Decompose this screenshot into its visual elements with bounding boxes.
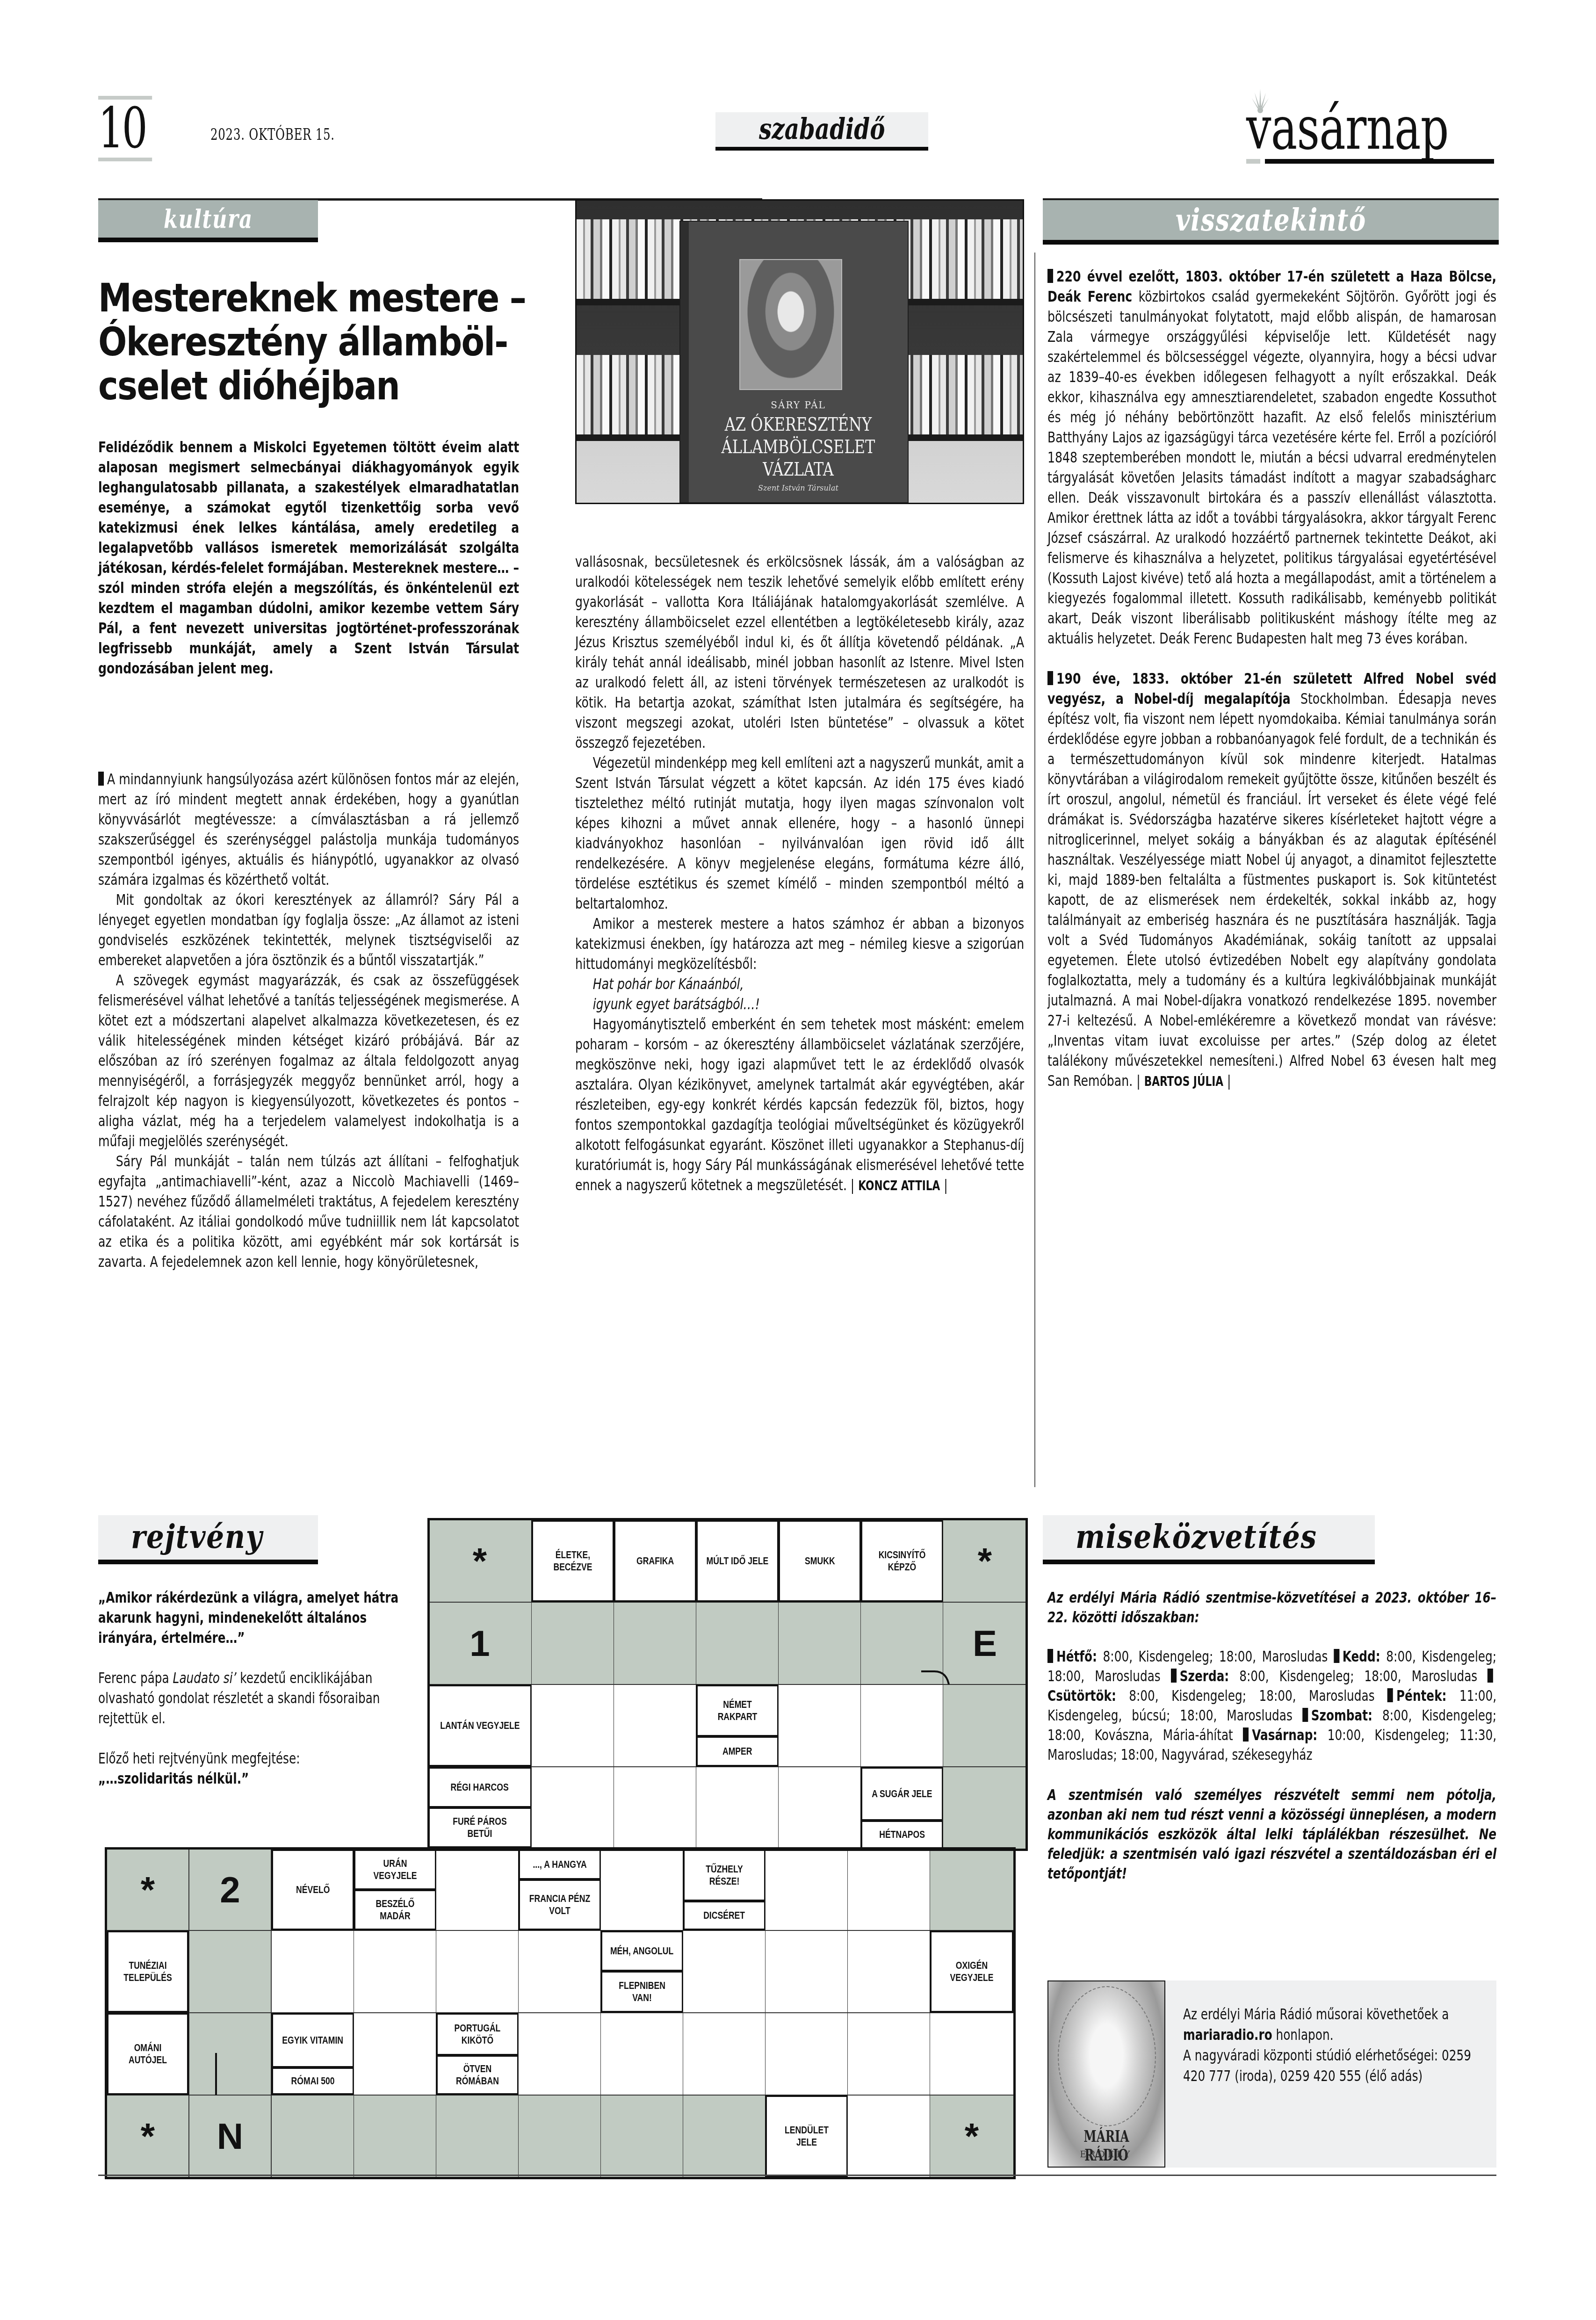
- page-bottom-rule: [98, 2175, 1496, 2176]
- headline-line: cselet dióhéjban: [98, 364, 480, 408]
- row-number-cell: 1: [427, 1602, 532, 1684]
- answer-cell[interactable]: [354, 2095, 437, 2177]
- mass-schedule-list: Hétfő: 8:00, Kisdengeleg; 18:00, Maroslu…: [1047, 1647, 1496, 1764]
- clue-cell: KICSINYÍTŐ KÉPZŐ: [860, 1520, 944, 1602]
- section-label-culture: kultúra: [98, 200, 318, 242]
- answer-cell[interactable]: [943, 1767, 1027, 1849]
- answer-cell[interactable]: [683, 2095, 766, 2177]
- answer-cell[interactable]: [943, 1684, 1027, 1767]
- answer-cell[interactable]: [930, 2013, 1014, 2095]
- clue-text: DICSÉRET: [704, 1909, 745, 1922]
- answer-cell[interactable]: [354, 1930, 437, 2013]
- body-paragraph: Amikor a mesterek mestere a hatos számho…: [575, 914, 1024, 974]
- clue-cell: TUNÉZIAI TELEPÜLÉS: [107, 1930, 189, 2013]
- answer-cell[interactable]: [600, 2013, 684, 2095]
- star-marker: *: [978, 1540, 992, 1583]
- row-number-cell: N: [189, 2095, 271, 2177]
- clue-text: NÉVELŐ: [296, 1884, 330, 1896]
- retro-column: 220 évvel ezelőtt, 1803. október 17-én s…: [1047, 267, 1496, 1091]
- headline-line: Mestereknek mestere –: [98, 276, 480, 320]
- clue-text: AMPER: [722, 1745, 752, 1757]
- schedule-day: Vasárnap:: [1252, 1726, 1317, 1744]
- answer-cell[interactable]: [600, 1849, 684, 1930]
- radio-info-box: MÁRIA RÁDIÓ ERDÉLY Az erdélyi Mária Rádi…: [1047, 1980, 1496, 2168]
- answer-cell[interactable]: [683, 1930, 766, 2013]
- clue-cell: RÉGI HARCOS: [427, 1767, 532, 1808]
- maria-radio-logo: MÁRIA RÁDIÓ ERDÉLY: [1047, 1980, 1165, 2168]
- radio-info-text: honlapon.: [1272, 2026, 1334, 2044]
- answer-cell[interactable]: [189, 1930, 271, 2013]
- schedule-day: Szombat:: [1311, 1706, 1372, 1724]
- book-photo: SÁRY PÁL AZ ÓKERESZTÉNY ÁLLAMBÖLCSELET V…: [575, 199, 1024, 504]
- star-marker: *: [141, 2115, 155, 2158]
- mosaic-icon: [739, 259, 842, 390]
- page-number: 10: [98, 96, 152, 161]
- answer-cell[interactable]: [778, 1767, 861, 1849]
- answer-cell[interactable]: [600, 2095, 684, 2177]
- answer-cell[interactable]: [614, 1684, 697, 1767]
- book-title: AZ ÓKERESZTÉNY ÁLLAMBÖLCSELET VÁZLATA: [689, 413, 908, 481]
- poem-line: igyunk egyet barátságból…!: [575, 994, 1024, 1014]
- answer-cell[interactable]: [436, 1849, 519, 1930]
- answer-cell[interactable]: [765, 2013, 848, 2095]
- body-paragraph: Végezetül mindenképp meg kell említeni a…: [575, 753, 1024, 914]
- paragraph-bullet-icon: [1047, 671, 1053, 685]
- section-label-text: miseközvetítés: [1076, 1515, 1317, 1558]
- clue-cell: LANTÁN VEGYJELE: [427, 1684, 532, 1767]
- paragraph-bullet-icon: [1488, 1669, 1493, 1683]
- answer-cell[interactable]: [778, 1684, 861, 1767]
- star-marker: *: [141, 1869, 155, 1911]
- mass-schedule: Az erdélyi Mária Rádió szentmise-közvetí…: [1047, 1588, 1496, 1883]
- book-title-line: ÁLLAMBÖLCSELET: [711, 436, 886, 458]
- answer-cell[interactable]: [531, 1602, 614, 1684]
- clue-cell: TŰZHELY RÉSZE!: [683, 1849, 766, 1901]
- headline-line: Ókeresztény államböl-: [98, 320, 480, 364]
- answer-cell[interactable]: [436, 1930, 519, 2013]
- crossword-star-cell: *: [930, 2095, 1014, 2177]
- body-paragraph: vallásosnak, becsületesnek és erkölcsösn…: [575, 552, 1024, 753]
- paragraph-bullet-icon: [1243, 1727, 1249, 1742]
- section-label-text: kultúra: [163, 200, 253, 238]
- crossword-star-cell: *: [943, 1520, 1027, 1602]
- clue-text: RÓMAI 500: [291, 2075, 335, 2087]
- row-number-cell: 2: [189, 1849, 271, 1930]
- mass-closing: A szentmisén való személyes részvételt s…: [1047, 1785, 1496, 1883]
- radio-info-text: Az erdélyi Mária Rádió műsorai követhető…: [1183, 2005, 1449, 2023]
- radio-contact-info: Az erdélyi Mária Rádió műsorai követhető…: [1183, 2004, 1492, 2086]
- clue-text: PORTUGÁL KIKÖTŐ: [446, 2022, 509, 2046]
- clue-text: URÁN VEGYJELE: [363, 1857, 427, 1882]
- schedule-day: Péntek:: [1396, 1687, 1447, 1705]
- retro-nobel-body: Stockholmban. Édesapja neves építész vol…: [1047, 690, 1496, 1090]
- clue-text: NÉMET RAKPART: [706, 1698, 769, 1723]
- answer-cell[interactable]: [765, 1849, 848, 1930]
- section-tab-label: szabadidő: [759, 112, 885, 146]
- answer-cell[interactable]: [436, 2095, 519, 2177]
- answer-cell[interactable]: [847, 2095, 931, 2177]
- masthead-title: vasárnap: [1246, 98, 1449, 159]
- answer-cell[interactable]: [614, 1767, 697, 1849]
- answer-cell[interactable]: [518, 2095, 601, 2177]
- clue-text: KICSINYÍTŐ KÉPZŐ: [870, 1549, 934, 1573]
- clue-cell: BESZÉLŐ MADÁR: [354, 1889, 437, 1930]
- paragraph-bullet-icon: [1047, 269, 1053, 283]
- book-title-line: AZ ÓKERESZTÉNY: [711, 413, 886, 436]
- schedule-day: Szerda:: [1180, 1667, 1229, 1685]
- clue-text: LANTÁN VEGYJELE: [440, 1720, 520, 1732]
- clue-text: A SUGÁR JELE: [872, 1788, 932, 1800]
- answer-cell[interactable]: [683, 2013, 766, 2095]
- schedule-times: 8:00, Kisdengeleg; 18:00, Marosludas: [1097, 1648, 1334, 1665]
- article-column-2: vallásosnak, becsületesnek és erkölcsösn…: [575, 552, 1024, 1196]
- clue-text: MÚLT IDŐ JELE: [707, 1555, 769, 1567]
- clue-text: OXIGÉN VEGYJELE: [939, 1959, 1004, 1984]
- retro-nobel-paragraph: 190 éve, 1833. október 21-én született A…: [1047, 669, 1496, 1091]
- clue-cell: NÉVELŐ: [271, 1849, 354, 1930]
- answer-cell[interactable]: [765, 1930, 848, 2013]
- paragraph-text: Hagyománytisztelő emberként én sem tehet…: [575, 1015, 1024, 1194]
- clue-cell: RÓMAI 500: [271, 2067, 354, 2095]
- answer-cell[interactable]: [930, 1849, 1014, 1930]
- mass-intro: Az erdélyi Mária Rádió szentmise-közvetí…: [1047, 1588, 1496, 1627]
- section-tab: szabadidő: [715, 112, 928, 151]
- answer-cell[interactable]: [531, 1767, 614, 1849]
- answer-cell[interactable]: [696, 1602, 779, 1684]
- answer-cell[interactable]: [518, 2013, 601, 2095]
- clue-cell: EGYIK VITAMIN: [271, 2013, 354, 2068]
- logo-subtitle: ERDÉLY: [1048, 2150, 1164, 2160]
- column-divider: [1034, 253, 1035, 1487]
- answer-cell[interactable]: [847, 2013, 931, 2095]
- clue-text: SMUKK: [805, 1555, 835, 1567]
- clue-cell: ÖTVEN RÓMÁBAN: [436, 2055, 519, 2095]
- paragraph-text: A mindannyiunk hangsúlyozása azért külön…: [98, 770, 519, 889]
- clue-cell: FRANCIA PÉNZ VOLT: [518, 1879, 601, 1930]
- answer-cell[interactable]: [847, 1849, 931, 1930]
- answer-cell[interactable]: [531, 1684, 614, 1767]
- body-paragraph: A mindannyiunk hangsúlyozása azért külön…: [98, 769, 519, 890]
- answer-cell[interactable]: [518, 1930, 601, 2013]
- schedule-day: Csütörtök:: [1047, 1687, 1116, 1705]
- answer-cell[interactable]: [354, 2013, 437, 2095]
- answer-cell[interactable]: [778, 1602, 861, 1684]
- lead-paragraph: Felidéződik bennem a Miskolci Egyetemen …: [98, 437, 519, 679]
- section-label-retro: visszatekintő: [1043, 200, 1499, 245]
- body-paragraph: Mit gondoltak az ókori keresztények az á…: [98, 890, 519, 970]
- clue-text: GRAFIKA: [636, 1555, 674, 1567]
- clue-text: FRANCIA PÉNZ VOLT: [528, 1893, 592, 1917]
- schedule-times: 8:00, Kisdengeleg; 18:00, Marosludas: [1229, 1667, 1488, 1685]
- poem-line: Hat pohár bor Kánaánból,: [575, 974, 1024, 994]
- star-marker: *: [473, 1540, 487, 1583]
- clue-text: LENDÜLET JELE: [775, 2124, 838, 2148]
- clue-cell: URÁN VEGYJELE: [354, 1849, 437, 1890]
- clue-text: EGYIK VITAMIN: [282, 2034, 344, 2046]
- crossword-star-cell: *: [427, 1520, 532, 1602]
- article-column-1: A mindannyiunk hangsúlyozása azért külön…: [98, 769, 519, 1272]
- clue-text: RÉGI HARCOS: [451, 1781, 509, 1793]
- answer-cell[interactable]: [271, 2095, 354, 2177]
- clue-cell: OMÁNI AUTÓJEL: [107, 2013, 189, 2095]
- clue-cell: FURÉ PÁROS BETŰI: [427, 1807, 532, 1848]
- clue-text: ÖTVEN RÓMÁBAN: [446, 2063, 509, 2087]
- body-paragraph: Hagyománytisztelő emberként én sem tehet…: [575, 1014, 1024, 1196]
- article-lead: Felidéződik bennem a Miskolci Egyetemen …: [98, 437, 519, 679]
- article-headline: Mestereknek mestere – Ókeresztény államb…: [98, 276, 542, 408]
- clue-text: TŰZHELY RÉSZE!: [693, 1863, 756, 1887]
- answer-cell[interactable]: [847, 1930, 931, 2013]
- clue-text: BESZÉLŐ MADÁR: [363, 1898, 427, 1922]
- clue-cell: MÚLT IDŐ JELE: [696, 1520, 779, 1602]
- clue-cell: MÉH, ANGOLUL: [600, 1930, 684, 1972]
- answer-cell[interactable]: [614, 1602, 697, 1684]
- clue-cell: LENDÜLET JELE: [765, 2095, 848, 2177]
- clue-text: TUNÉZIAI TELEPÜLÉS: [116, 1959, 179, 1984]
- radio-website-link[interactable]: mariaradio.ro: [1183, 2026, 1272, 2044]
- retro-deak-body: közbirtokos család gyermekeként Söjtörön…: [1047, 288, 1496, 647]
- author-byline: BARTOS JÚLIA: [1144, 1074, 1223, 1089]
- crossword-grid: * ÉLETKE, BECÉZVE GRAFIKA MÚLT IDŐ JELE …: [107, 1520, 1033, 2172]
- section-label-mass: miseközvetítés: [1043, 1515, 1375, 1564]
- clue-cell: NÉMET RAKPART: [696, 1684, 779, 1737]
- radio-phone-line: A nagyváradi központi stúdió elérhetőség…: [1183, 2045, 1492, 2086]
- clue-text: FLEPNIBEN VAN!: [610, 1980, 674, 2004]
- paragraph-bullet-icon: [1171, 1669, 1177, 1683]
- issue-date: 2023. OKTÓBER 15.: [210, 125, 335, 144]
- clue-cell: OXIGÉN VEGYJELE: [930, 1930, 1014, 2013]
- clue-cell: GRAFIKA: [614, 1520, 697, 1602]
- masthead-bar-accent: [1246, 159, 1260, 164]
- answer-cell[interactable]: [696, 1767, 779, 1849]
- clue-cell: FLEPNIBEN VAN!: [600, 1971, 684, 2013]
- paragraph-bullet-icon: [98, 772, 104, 786]
- star-marker: *: [965, 2115, 979, 2158]
- clue-cell: HÉTNAPOS: [860, 1820, 944, 1849]
- clue-text: OMÁNI AUTÓJEL: [116, 2042, 179, 2066]
- row-marker: 1: [469, 1622, 490, 1665]
- logo-ring: [1058, 1986, 1156, 2126]
- book-title-line: VÁZLATA: [711, 458, 886, 481]
- paragraph-bullet-icon: [1047, 1649, 1053, 1663]
- crossword-star-cell: *: [107, 2095, 189, 2177]
- row-marker: N: [217, 2115, 243, 2158]
- book-cover: SÁRY PÁL AZ ÓKERESZTÉNY ÁLLAMBÖLCSELET V…: [680, 222, 908, 502]
- clue-cell: PORTUGÁL KIKÖTŐ: [436, 2013, 519, 2056]
- retro-deak-paragraph: 220 évvel ezelőtt, 1803. október 17-én s…: [1047, 267, 1496, 649]
- clue-text: ..., A HANGYA: [533, 1858, 586, 1871]
- masthead-logo: vasárnap: [1246, 98, 1499, 164]
- section-label-text: visszatekintő: [1176, 200, 1366, 239]
- body-paragraph: Sáry Pál munkáját – talán nem túlzás azt…: [98, 1151, 519, 1272]
- book-publisher: Szent István Társulat: [689, 484, 908, 492]
- paragraph-bullet-icon: [1334, 1649, 1339, 1663]
- clue-cell: ..., A HANGYA: [518, 1849, 601, 1880]
- row-marker: E: [973, 1622, 997, 1665]
- clue-text: HÉTNAPOS: [879, 1829, 925, 1841]
- clue-cell: AMPER: [696, 1736, 779, 1767]
- author-byline: KONCZ ATTILA: [858, 1178, 940, 1193]
- book-author: SÁRY PÁL: [689, 399, 908, 411]
- clue-text: FURÉ PÁROS BETŰI: [440, 1815, 520, 1840]
- crossword-star-cell: *: [107, 1849, 189, 1930]
- schedule-day: Kedd:: [1343, 1648, 1380, 1665]
- row-marker: 2: [220, 1869, 240, 1911]
- schedule-day: Hétfő:: [1056, 1648, 1097, 1665]
- paragraph-bullet-icon: [1387, 1688, 1393, 1702]
- answer-cell[interactable]: [271, 1930, 354, 2013]
- paragraph-bullet-icon: [1302, 1708, 1308, 1722]
- radio-website-line: Az erdélyi Mária Rádió műsorai követhető…: [1183, 2004, 1492, 2045]
- clue-cell: A SUGÁR JELE: [860, 1767, 944, 1821]
- answer-cell[interactable]: [860, 1684, 944, 1767]
- clue-cell: DICSÉRET: [683, 1901, 766, 1930]
- schedule-times: 8:00, Kisdengeleg; 18:00, Marosludas: [1116, 1687, 1387, 1705]
- clue-cell: ÉLETKE, BECÉZVE: [531, 1520, 614, 1602]
- clue-text: MÉH, ANGOLUL: [610, 1945, 673, 1957]
- masthead-bar: [1265, 159, 1494, 164]
- clue-cell: SMUKK: [778, 1520, 861, 1602]
- clue-text: ÉLETKE, BECÉZVE: [541, 1549, 605, 1573]
- body-paragraph: A szövegek egymást magyarázzák, és csak …: [98, 970, 519, 1151]
